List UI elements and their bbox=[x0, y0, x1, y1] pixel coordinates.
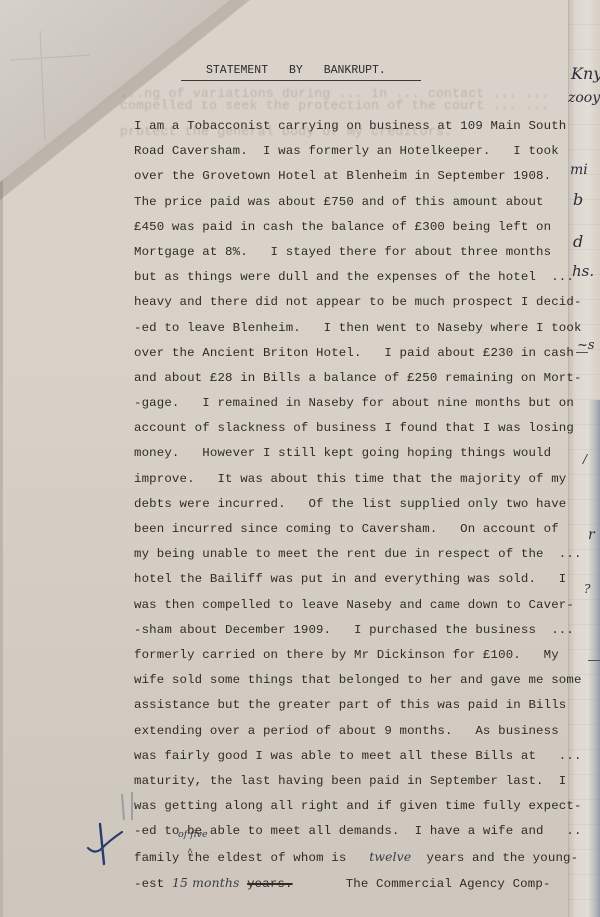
handwritten-insert: twelve bbox=[369, 849, 411, 864]
underlying-page-edge bbox=[0, 0, 3, 917]
text-line: been incurred since coming to Caversham.… bbox=[134, 517, 574, 542]
text-line: £450 was paid in cash the balance of £30… bbox=[134, 215, 574, 240]
typed-text: years and the young- bbox=[426, 851, 578, 865]
margin-note: r bbox=[588, 527, 595, 543]
margin-note: b bbox=[573, 190, 583, 209]
text-line: formerly carried on there by Mr Dickinso… bbox=[134, 643, 574, 668]
document-title: STATEMENT BY BANKRUPT. bbox=[180, 64, 420, 77]
text-line-family: family the eldest of whom is twelve year… bbox=[134, 844, 574, 869]
text-line: -gage. I remained in Naseby for about ni… bbox=[134, 391, 574, 416]
typed-text: family bbox=[134, 851, 180, 865]
margin-dash bbox=[576, 352, 588, 353]
margin-note: / bbox=[583, 452, 587, 466]
margin-note: mi bbox=[570, 162, 588, 178]
text-line-last: -est 15 months years. The Commercial Age… bbox=[134, 870, 574, 895]
margin-note: hs. bbox=[572, 262, 594, 280]
text-line: account of slackness of business I found… bbox=[134, 416, 574, 441]
text-line: maturity, the last having been paid in S… bbox=[134, 769, 574, 794]
margin-note: Kny bbox=[571, 64, 600, 83]
page-shadow bbox=[588, 400, 600, 917]
text-line: Road Caversham. I was formerly an Hotelk… bbox=[134, 139, 574, 164]
text-line: money. However I still kept going hoping… bbox=[134, 441, 574, 466]
statement-body: I am a Tobacconist carrying on business … bbox=[134, 114, 574, 895]
insert-caret: ^ bbox=[187, 848, 193, 859]
margin-note: zooyo bbox=[568, 90, 600, 106]
text-line: was getting along all right and if given… bbox=[134, 794, 574, 819]
text-line: was then compelled to leave Naseby and c… bbox=[134, 593, 574, 618]
text-line: The price paid was about £750 and of thi… bbox=[134, 190, 574, 215]
text-line: wife sold some things that belonged to h… bbox=[134, 668, 574, 693]
text-line: Mortgage at 8%. I stayed there for about… bbox=[134, 240, 574, 265]
title-underline bbox=[181, 80, 421, 81]
handwritten-insert-above: of five bbox=[178, 829, 208, 840]
text-line: over the Ancient Briton Hotel. I paid ab… bbox=[134, 341, 574, 366]
text-line: assistance but the greater part of this … bbox=[134, 693, 574, 718]
text-line: -ed to leave Blenheim. I then went to Na… bbox=[134, 316, 574, 341]
text-line: my being unable to meet the rent due in … bbox=[134, 542, 574, 567]
faint-blue-mark bbox=[118, 790, 138, 830]
text-line: extending over a period of about 9 month… bbox=[134, 719, 574, 744]
bleed-through-text: compelled to seek the protection of the … bbox=[120, 98, 549, 113]
text-line: heavy and there did not appear to be muc… bbox=[134, 290, 574, 315]
typed-text: -est bbox=[134, 877, 164, 891]
text-line: I am a Tobacconist carrying on business … bbox=[134, 114, 574, 139]
text-line: over the Grovetown Hotel at Blenheim in … bbox=[134, 164, 574, 189]
margin-dash bbox=[588, 660, 600, 661]
margin-note: ~s bbox=[577, 338, 595, 353]
text-line: was fairly good I was able to meet all t… bbox=[134, 744, 574, 769]
margin-note: ? bbox=[584, 582, 590, 596]
handwritten-insert: 15 months bbox=[172, 875, 240, 890]
text-line: -sham about December 1909. I purchased t… bbox=[134, 618, 574, 643]
typed-text: The Commercial Agency Comp- bbox=[346, 877, 551, 891]
text-line: hotel the Bailiff was put in and everyth… bbox=[134, 567, 574, 592]
struck-text: years. bbox=[247, 877, 293, 891]
margin-note: d bbox=[573, 232, 583, 251]
text-line: and about £28 in Bills a balance of £250… bbox=[134, 366, 574, 391]
text-line: debts were incurred. Of the list supplie… bbox=[134, 492, 574, 517]
document-page: ...ng of variations during ... in ... co… bbox=[0, 0, 600, 917]
text-line: improve. It was about this time that the… bbox=[134, 467, 574, 492]
text-line: but as things were dull and the expenses… bbox=[134, 265, 574, 290]
typed-text: the eldest of whom is bbox=[187, 851, 346, 865]
